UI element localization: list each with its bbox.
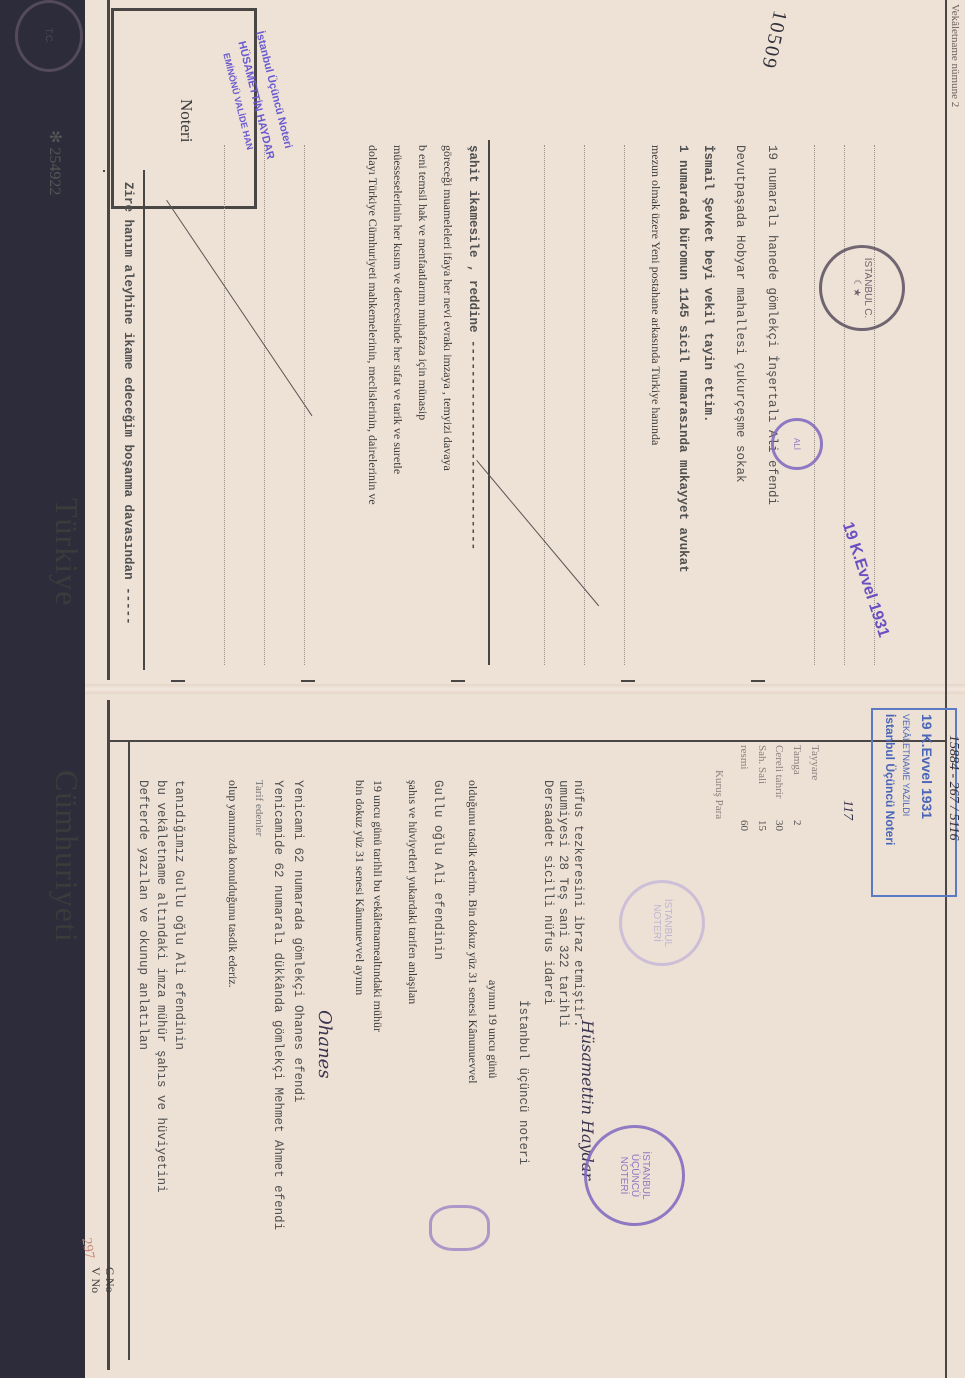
serial-number: 254922	[46, 147, 63, 195]
fee-label-resmi: resmi	[738, 745, 750, 769]
c-no-label: C No	[102, 1267, 117, 1293]
left-line-4: b eni temsil hak ve menfaatlarımı muhafa…	[415, 145, 430, 420]
fee-header: Kuruş Para	[713, 770, 725, 819]
fee-value-resmi: 60	[738, 820, 750, 831]
right-line-3: tanıdığımız Gullu oğlu Ali efendinin	[172, 780, 186, 1050]
rule	[544, 145, 545, 665]
rule	[264, 145, 265, 665]
left-line-7: mezun olmak üzere Yeni postahane arkasın…	[648, 145, 663, 445]
tc-emblem-seal: T.C.	[15, 0, 83, 72]
tick	[451, 680, 465, 682]
v-no-label: V No	[88, 1267, 103, 1293]
purple-round-seal: ALİ	[771, 418, 823, 470]
box-corner	[103, 170, 105, 172]
corner-form-label: Vekâletname nümune 2	[949, 4, 961, 107]
tick	[621, 680, 635, 682]
left-line-2: dolayı Türkiye Cümhuriyeti mahkemelerini…	[365, 145, 380, 505]
right-line-12: ayının 19 uncu günü	[485, 980, 500, 1078]
right-line-8: 19 uncu günü tarihli bu vekâletnamealtın…	[370, 780, 385, 1032]
notary-seal: İSTANBULÜÇÜNCÜNOTERİ	[584, 1125, 685, 1226]
fee-label-sali: Sah. Sali	[756, 745, 768, 784]
witness-signature: Ohanes	[314, 1010, 335, 1079]
fee-label-tamga: Tamga	[791, 745, 803, 775]
istanbul-cumhuriyet-seal: İSTANBUL C.☾★	[819, 245, 905, 331]
blue-stamp-line-1: İstanbul Üçüncü Noteri	[883, 714, 897, 845]
right-line-14: Dersaadet sicilli nüfus idarei	[541, 780, 555, 1005]
asterisk-icon: ✻	[46, 130, 63, 147]
fee-value-tamga: 2	[791, 820, 803, 826]
page-fold	[85, 684, 965, 694]
left-line-3: müesseselerinin her kısım ve derecesinde…	[390, 145, 405, 474]
right-line-2: bu vekâletname altındaki imza mühür şahı…	[154, 780, 168, 1193]
document-sheet: Vekâletname nümune 2 Vekâletname nümune …	[0, 0, 965, 1378]
right-line-5: Yenicamide 62 numaralı dükkânda gömlekçi…	[271, 780, 285, 1230]
fee-total: 117	[839, 800, 855, 820]
noter-label: Noteri	[176, 99, 196, 142]
left-line-5: göreceği muameleleri ifaya her nevi evra…	[440, 145, 455, 471]
left-line-10: Devutpaşada Hobyar mahallesi çukurçeşme …	[733, 145, 747, 483]
right-line-16: nüfus tezkeresini ibraz etmiştir.	[571, 780, 585, 1028]
fee-value-tahrir: 30	[773, 820, 785, 831]
scan-background-edge	[0, 0, 90, 1378]
right-frame-left	[107, 740, 947, 742]
right-line-10: Gullu oğlu Ali efendinin	[431, 780, 445, 960]
rule	[224, 145, 225, 665]
fee-label-tahrir: Cereli tahrir	[773, 745, 785, 798]
rule	[814, 145, 815, 665]
fee-label-tayyare: Tayyare	[809, 745, 821, 780]
rule	[844, 145, 845, 665]
right-line-4: olup yanımızda konulduğunu tasdik ederiz…	[225, 780, 240, 988]
title-turkiye: Türkiye	[48, 498, 85, 606]
blue-stamp-date: 19 K.Evvel 1931	[919, 714, 935, 819]
right-line-7: bin dokuz yüz 31 senesi Kânunuevvel ayın…	[352, 780, 367, 995]
box-line	[143, 170, 145, 670]
right-line-1: Defterde yazılan ve okunup anlatılan	[136, 780, 150, 1050]
left-line-1: Zire hanım aleyhine ikame edeceğim boşan…	[121, 182, 135, 625]
purple-smudge-seal	[429, 1205, 490, 1251]
right-line-9: şahıs ve hüviyetleri yukardaki tarifen a…	[405, 780, 420, 1004]
left-line-9: İsmail Şevket beyi vekil tayin ettim.	[701, 145, 715, 423]
left-line-6: şahit ikamesile , reddine --------------…	[466, 145, 480, 550]
right-line-15: umumiyesi 28 Teş sani 322 tarihli	[556, 780, 570, 1028]
blue-stamp-line-2: VEKÂLETNAME YAZILDI	[901, 714, 911, 816]
tick	[171, 680, 185, 682]
rule	[624, 145, 625, 665]
tick	[301, 680, 315, 682]
fee-value-sali: 15	[756, 820, 768, 831]
tick	[751, 680, 765, 682]
serial-number-row: ✻ 254922	[45, 130, 65, 195]
title-cumhuriyeti: Cümhuriyeti	[48, 770, 85, 943]
right-frame-top	[128, 740, 130, 1360]
right-line-11: olduğunu tasdik ederim. Bin dokuz yüz 31…	[465, 780, 480, 1084]
frame-line-bottom-left	[107, 0, 110, 680]
faint-notary-seal: İSTANBULNOTERİ	[619, 880, 705, 966]
right-line-6: Yenicami 62 numarada gömlekçi Ohanes efe…	[291, 780, 305, 1103]
frame-line-top	[945, 0, 947, 1378]
box-line-2	[488, 140, 490, 665]
handwritten-registry-number: 15884 - 267 / 5116	[945, 735, 961, 841]
right-line-13: İstanbul üçüncü noteri	[516, 1000, 530, 1165]
handwritten-margin-number: 297	[77, 1237, 96, 1260]
tarif-edenler-label: Tarif edenler	[253, 780, 265, 836]
left-line-8: 1 numarada büromun 1145 sicil numarasınd…	[676, 145, 690, 573]
